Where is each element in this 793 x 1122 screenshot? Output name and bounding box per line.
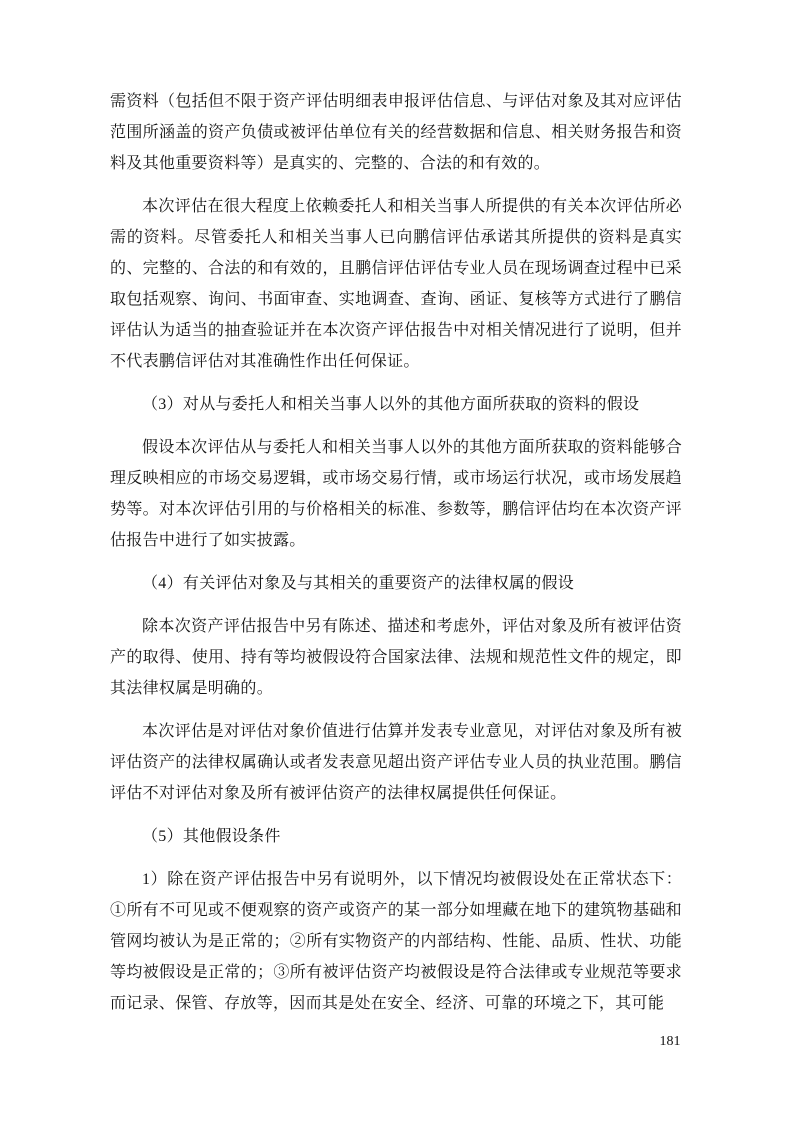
paragraph-continuation: 需资料（包括但不限于资产评估明细表申报评估信息、与评估对象及其对应评估范围所涵盖… (110, 86, 682, 179)
paragraph: 除本次资产评估报告中另有陈述、描述和考虑外，评估对象及所有被评估资产的取得、使用… (110, 611, 682, 704)
paragraph: 本次评估是对评估对象价值进行估算并发表专业意见，对评估对象及所有被评估资产的法律… (110, 716, 682, 809)
section-heading-5: （5）其他假设条件 (110, 821, 682, 852)
paragraph: 1）除在资产评估报告中另有说明外，以下情况均被假设处在正常状态下：①所有不可见或… (110, 864, 682, 1019)
paragraph: 本次评估在很大程度上依赖委托人和相关当事人所提供的有关本次评估所必需的资料。尽管… (110, 191, 682, 377)
section-heading-3: （3）对从与委托人和相关当事人以外的其他方面所获取的资料的假设 (110, 389, 682, 420)
document-body: 需资料（包括但不限于资产评估明细表申报评估信息、与评估对象及其对应评估范围所涵盖… (110, 86, 682, 1031)
paragraph: 假设本次评估从与委托人和相关当事人以外的其他方面所获取的资料能够合理反映相应的市… (110, 432, 682, 556)
page-number: 181 (650, 1033, 690, 1051)
document-page: 需资料（包括但不限于资产评估明细表申报评估信息、与评估对象及其对应评估范围所涵盖… (0, 0, 793, 1122)
section-heading-4: （4）有关评估对象及与其相关的重要资产的法律权属的假设 (110, 568, 682, 599)
